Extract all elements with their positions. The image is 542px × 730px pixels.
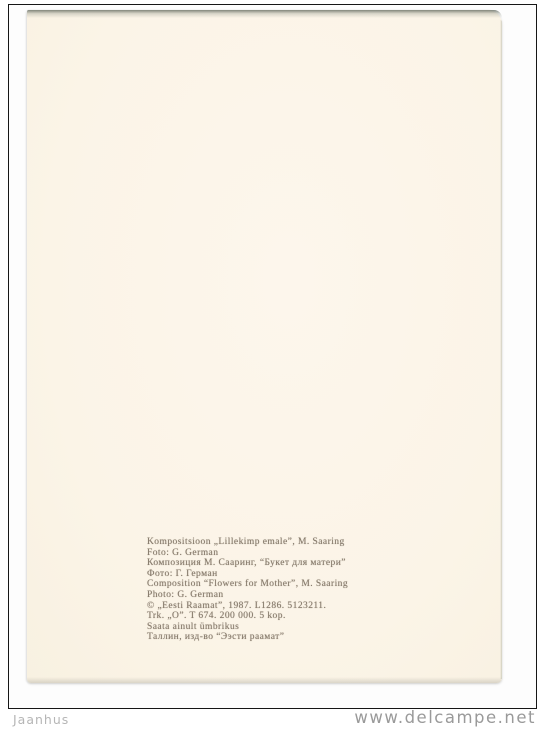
- screenshot-root: { "postcard": { "imprint_lines": [ "Komp…: [0, 0, 542, 730]
- imprint-line-title-estonian: Kompositsioon „Lillekimp emale”, M. Saar…: [147, 537, 348, 548]
- site-watermark: www.delcampe.net: [354, 708, 536, 727]
- image-border-frame: Kompositsioon „Lillekimp emale”, M. Saar…: [8, 4, 537, 709]
- imprint-line-envelope-note: Saata ainult ümbrikus: [147, 622, 348, 633]
- imprint-line-copyright: © „Eesti Raamat”, 1987. L1286. 5123211.: [147, 601, 348, 612]
- imprint-block: Kompositsioon „Lillekimp emale”, M. Saar…: [147, 537, 348, 643]
- imprint-line-photo-russian: Фото: Г. Герман: [147, 569, 348, 580]
- seller-watermark: Jaanhus: [13, 712, 69, 727]
- imprint-line-title-english: Composition “Flowers for Mother”, M. Saa…: [147, 579, 348, 590]
- imprint-line-title-russian: Композиция М. Сааринг, “Букет для матери…: [147, 558, 348, 569]
- imprint-line-photo-estonian: Foto: G. German: [147, 548, 348, 559]
- imprint-line-publisher: Таллин, изд-во “Ээсти раамат”: [147, 632, 348, 643]
- imprint-line-photo-english: Photo: G. German: [147, 590, 348, 601]
- card-right-edge-shadow: [500, 20, 502, 679]
- postcard-back-scan: Kompositsioon „Lillekimp emale”, M. Saar…: [27, 10, 502, 683]
- imprint-line-print-info: Trk. „O”. T 674. 200 000. 5 kop.: [147, 611, 348, 622]
